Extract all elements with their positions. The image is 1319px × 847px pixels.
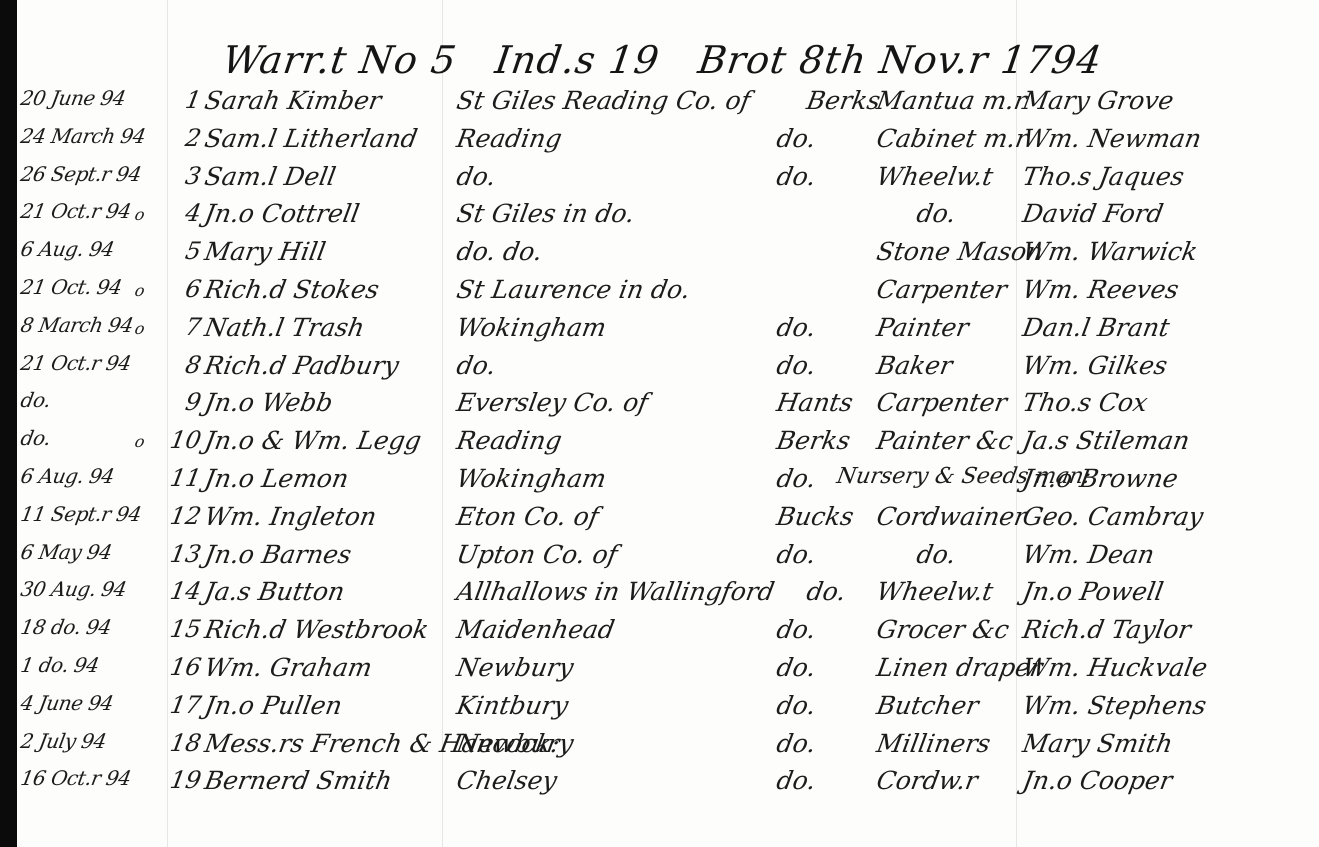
- entry-trade: do.: [914, 540, 958, 569]
- entry-county: Berks: [774, 426, 852, 455]
- entry-name: Jn.o & Wm. Legg: [202, 426, 423, 455]
- entry-master: Wm. Huckvale: [1020, 653, 1209, 682]
- entry-parish: St Giles in do.: [454, 199, 636, 228]
- entry-master: Wm. Warwick: [1020, 237, 1199, 266]
- table-row: do.9Jn.o WebbEversley Co. ofHantsCarpent…: [17, 388, 1319, 422]
- warrant-number: Warr.t No 5: [220, 38, 460, 82]
- entry-number: 9: [155, 388, 204, 416]
- entry-number: 8: [155, 351, 204, 379]
- entry-trade: Carpenter: [874, 275, 1009, 304]
- entry-county: do.: [774, 124, 818, 153]
- entry-name: Jn.o Pullen: [202, 691, 344, 720]
- entry-parish: Kintbury: [454, 691, 570, 720]
- entry-date: 26 Sept.r 94: [19, 162, 143, 186]
- table-row: 30 Aug. 9414Ja.s ButtonAllhallows in Wal…: [17, 577, 1319, 611]
- entry-master: Wm. Newman: [1020, 124, 1203, 153]
- table-row: 1 do. 9416Wm. GrahamNewburydo.Linen drap…: [17, 653, 1319, 687]
- entry-parish: do.: [454, 162, 498, 191]
- entry-date: 6 May 94: [19, 540, 114, 564]
- entry-name: Rich.d Stokes: [202, 275, 381, 304]
- entry-number: 5: [155, 237, 204, 265]
- table-row: 26 Sept.r 943Sam.l Delldo.do.Wheelw.tTho…: [17, 162, 1319, 196]
- entry-name: Sarah Kimber: [202, 86, 383, 115]
- table-row: 24 March 942Sam.l LitherlandReadingdo.Ca…: [17, 124, 1319, 158]
- entry-master: David Ford: [1020, 199, 1165, 228]
- entry-name: Sam.l Litherland: [202, 124, 419, 153]
- table-row: 20 June 941Sarah KimberSt Giles Reading …: [17, 86, 1319, 120]
- entry-county: do.: [774, 464, 818, 493]
- entry-master: Rich.d Taylor: [1020, 615, 1193, 644]
- entry-parish: Allhallows in Wallingford: [454, 577, 776, 606]
- entry-name: Sam.l Dell: [202, 162, 338, 191]
- entry-master: Wm. Stephens: [1020, 691, 1208, 720]
- entry-date: 30 Aug. 94: [19, 577, 128, 601]
- entry-number: 18: [155, 729, 204, 757]
- table-row: 6 May 9413Jn.o BarnesUpton Co. ofdo.do.W…: [17, 540, 1319, 574]
- table-row: 21 Oct.r 94o4Jn.o CottrellSt Giles in do…: [17, 199, 1319, 233]
- entry-mark: o: [133, 432, 146, 451]
- entry-number: 7: [155, 313, 204, 341]
- entry-date: do.: [19, 388, 53, 412]
- entry-number: 17: [155, 691, 204, 719]
- entry-trade: Cabinet m.r: [874, 124, 1030, 153]
- entry-county: do.: [774, 729, 818, 758]
- entry-name: Wm. Graham: [202, 653, 374, 682]
- entry-name: Jn.o Lemon: [202, 464, 350, 493]
- entry-name: Jn.o Webb: [202, 388, 335, 417]
- entry-master: Tho.s Cox: [1020, 388, 1150, 417]
- entry-parish: Chelsey: [454, 766, 559, 795]
- entry-date: 4 June 94: [19, 691, 115, 715]
- entry-master: Mary Smith: [1020, 729, 1175, 758]
- entry-date: 24 March 94: [19, 124, 147, 148]
- table-row: 21 Oct.r 948Rich.d Padburydo.do.BakerWm.…: [17, 351, 1319, 385]
- entry-parish: Maidenhead: [454, 615, 616, 644]
- entry-name: Nath.l Trash: [202, 313, 366, 342]
- entry-parish: Reading: [454, 426, 564, 455]
- entry-parish: Wokingham: [454, 313, 608, 342]
- entry-county: do.: [774, 313, 818, 342]
- table-row: do.o10Jn.o & Wm. LeggReadingBerksPainter…: [17, 426, 1319, 460]
- entry-trade: Carpenter: [874, 388, 1009, 417]
- entry-trade: Cordwainer: [874, 502, 1028, 531]
- entry-master: Wm. Gilkes: [1020, 351, 1169, 380]
- entry-county: do.: [774, 653, 818, 682]
- entry-trade: Painter &c: [874, 426, 1015, 455]
- entry-trade: Painter: [874, 313, 971, 342]
- entry-number: 14: [155, 577, 204, 605]
- entry-date: 20 June 94: [19, 86, 127, 110]
- brought-date: Brot 8th Nov.r 1794: [695, 38, 1105, 82]
- entry-master: Wm. Dean: [1020, 540, 1156, 569]
- entry-county: Bucks: [774, 502, 856, 531]
- entry-date: 21 Oct. 94: [19, 275, 124, 299]
- scan-edge-bar: [0, 0, 17, 847]
- entry-master: Geo. Cambray: [1020, 502, 1205, 531]
- entry-parish: Newbury: [454, 729, 575, 758]
- entry-number: 10: [155, 426, 204, 454]
- entry-parish: Newbury: [454, 653, 575, 682]
- entry-name: Rich.d Padbury: [202, 351, 401, 380]
- entry-number: 19: [155, 766, 204, 794]
- entry-date: 21 Oct.r 94: [19, 199, 133, 223]
- entry-name: Bernerd Smith: [202, 766, 394, 795]
- entry-date: 18 do. 94: [19, 615, 113, 639]
- entry-number: 6: [155, 275, 204, 303]
- entry-parish: do.: [454, 351, 498, 380]
- entry-county: do.: [774, 162, 818, 191]
- entry-number: 13: [155, 540, 204, 568]
- entry-parish: Eversley Co. of: [454, 388, 650, 417]
- entry-parish: St Giles Reading Co. of: [454, 86, 752, 115]
- table-row: 6 Aug. 945Mary Hilldo. do.Stone MasonWm.…: [17, 237, 1319, 271]
- entry-trade: Wheelw.t: [874, 162, 995, 191]
- table-row: 4 June 9417Jn.o PullenKintburydo.Butcher…: [17, 691, 1319, 725]
- entry-parish: Eton Co. of: [454, 502, 600, 531]
- entry-county: do.: [774, 351, 818, 380]
- entry-trade: Grocer &c: [874, 615, 1011, 644]
- entry-date: 21 Oct.r 94: [19, 351, 133, 375]
- entry-county: do.: [774, 766, 818, 795]
- table-row: 6 Aug. 9411Jn.o LemonWokinghamdo.Nursery…: [17, 464, 1319, 498]
- entry-mark: o: [133, 205, 146, 224]
- entry-date: 16 Oct.r 94: [19, 766, 133, 790]
- entry-number: 1: [155, 86, 204, 114]
- entry-name: Ja.s Button: [202, 577, 346, 606]
- entry-parish: Wokingham: [454, 464, 608, 493]
- entry-date: 1 do. 94: [19, 653, 101, 677]
- entry-parish: do. do.: [454, 237, 544, 266]
- entry-number: 3: [155, 162, 204, 190]
- entry-number: 15: [155, 615, 204, 643]
- entry-date: 6 Aug. 94: [19, 464, 116, 488]
- entry-county: Berks: [804, 86, 882, 115]
- indenture-count: Ind.s 19: [493, 38, 663, 82]
- table-row: 21 Oct. 94o6Rich.d StokesSt Laurence in …: [17, 275, 1319, 309]
- entry-master: Jn.o Browne: [1020, 464, 1180, 493]
- entry-trade: Milliners: [874, 729, 992, 758]
- entry-master: Jn.o Powell: [1020, 577, 1165, 606]
- entry-date: 6 Aug. 94: [19, 237, 116, 261]
- table-row: 16 Oct.r 9419Bernerd SmithChelseydo.Cord…: [17, 766, 1319, 800]
- entry-trade: do.: [914, 199, 958, 228]
- entry-master: Ja.s Stileman: [1020, 426, 1191, 455]
- entry-county: do.: [774, 615, 818, 644]
- entry-county: do.: [774, 691, 818, 720]
- table-row: 2 July 9418Mess.rs French & Hancock:Newb…: [17, 729, 1319, 763]
- entry-county: Hants: [774, 388, 855, 417]
- entry-date: 11 Sept.r 94: [19, 502, 143, 526]
- entry-number: 16: [155, 653, 204, 681]
- entry-master: Mary Grove: [1020, 86, 1176, 115]
- entry-master: Jn.o Cooper: [1020, 766, 1174, 795]
- entry-trade: Linen draper: [874, 653, 1044, 682]
- entry-number: 11: [155, 464, 204, 492]
- entry-mark: o: [133, 281, 146, 300]
- entry-mark: o: [133, 319, 146, 338]
- entry-trade: Mantua m.r: [874, 86, 1028, 115]
- table-row: 11 Sept.r 9412Wm. IngletonEton Co. ofBuc…: [17, 502, 1319, 536]
- entry-master: Dan.l Brant: [1020, 313, 1171, 342]
- entry-county: do.: [804, 577, 848, 606]
- entry-name: Wm. Ingleton: [202, 502, 378, 531]
- entry-name: Mary Hill: [202, 237, 327, 266]
- entry-county: do.: [774, 540, 818, 569]
- entry-name: Jn.o Barnes: [202, 540, 353, 569]
- entry-name: Rich.d Westbrook: [202, 615, 430, 644]
- entry-trade: Butcher: [874, 691, 980, 720]
- entry-parish: Reading: [454, 124, 564, 153]
- entry-trade: Baker: [874, 351, 954, 380]
- entry-number: 2: [155, 124, 204, 152]
- entry-trade: Stone Mason: [874, 237, 1045, 266]
- entry-trade: Wheelw.t: [874, 577, 995, 606]
- entry-date: do.: [19, 426, 53, 450]
- entry-name: Jn.o Cottrell: [202, 199, 361, 228]
- entry-number: 12: [155, 502, 204, 530]
- entry-master: Tho.s Jaques: [1020, 162, 1186, 191]
- entry-trade: Cordw.r: [874, 766, 980, 795]
- entry-master: Wm. Reeves: [1020, 275, 1181, 304]
- register-page: Warr.t No 5 Ind.s 19 Brot 8th Nov.r 1794…: [17, 0, 1319, 847]
- entry-date: 8 March 94: [19, 313, 135, 337]
- entry-date: 2 July 94: [19, 729, 108, 753]
- entry-number: 4: [155, 199, 204, 227]
- table-row: 8 March 94o7Nath.l TrashWokinghamdo.Pain…: [17, 313, 1319, 347]
- table-row: 18 do. 9415Rich.d WestbrookMaidenheaddo.…: [17, 615, 1319, 649]
- entry-parish: St Laurence in do.: [454, 275, 692, 304]
- entry-parish: Upton Co. of: [454, 540, 619, 569]
